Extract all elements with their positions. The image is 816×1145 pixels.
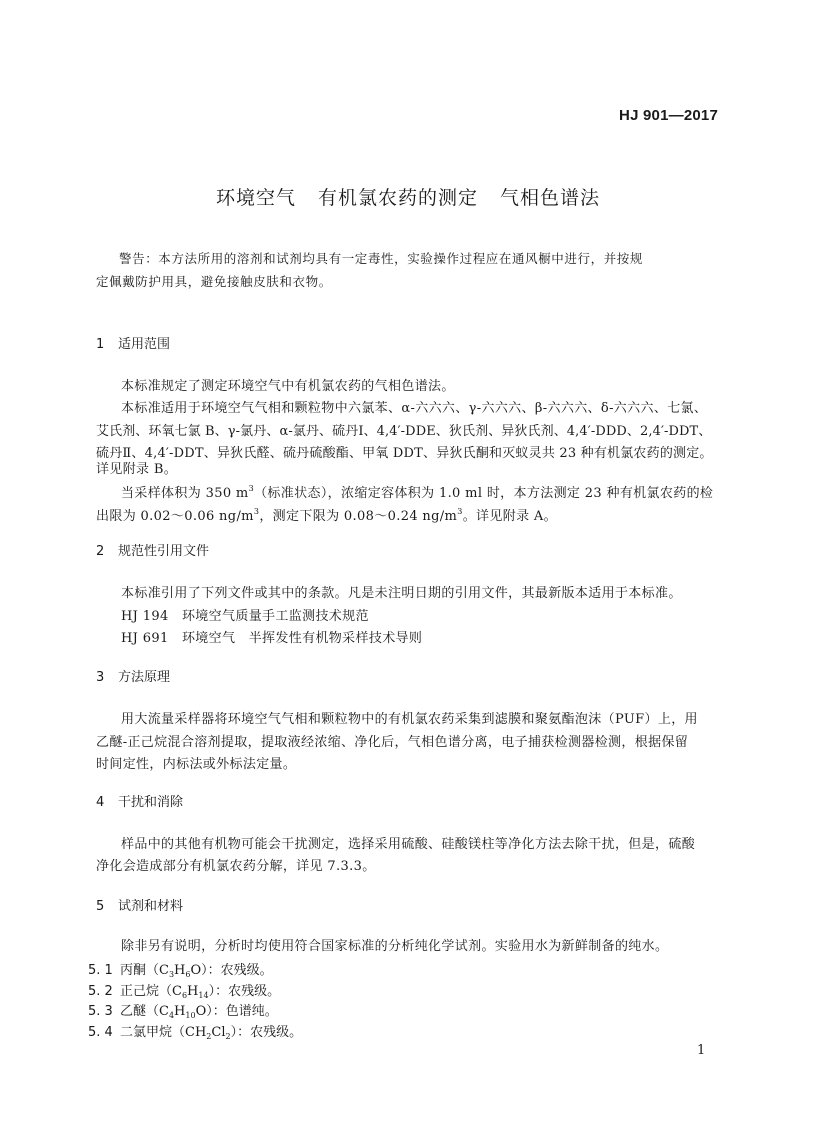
section-3-heading: 3方法原理 — [96, 666, 170, 685]
warning-line-2: 定佩戴防护用具，避免接触皮肤和衣物。 — [96, 272, 332, 290]
section-2-heading: 2规范性引用文件 — [96, 540, 209, 559]
section-4-line: 净化会造成部分有机氯农药分解，详见 7.3.3。 — [96, 855, 376, 874]
title-part-1: 环境空气 — [216, 187, 296, 209]
section-5-line: 除非另有说明，分析时均使用符合国家标准的分析纯化学试剂。实验用水为新鲜制备的纯水… — [121, 935, 668, 954]
warning-line-1: 警告：本方法所用的溶剂和试剂均具有一定毒性，实验操作过程应在通风橱中进行，并按规 — [119, 249, 643, 267]
section-1-heading: 1适用范围 — [96, 333, 170, 352]
section-2-line: 本标准引用了下列文件或其中的条款。凡是未注明日期的引用文件，其最新版本适用于本标… — [121, 582, 682, 601]
section-1-line: 硫丹Ⅱ、4,4′-DDT、异狄氏醛、硫丹硫酸酯、甲氧 DDT、异狄氏酮和灭蚁灵共… — [96, 442, 713, 461]
title-part-3: 气相色谱法 — [500, 187, 600, 209]
section-3-line: 时间定性，内标法或外标法定量。 — [96, 753, 296, 772]
reagent-item: 5. 1丙酮（C3H6O）：农残级。 — [88, 959, 273, 978]
section-1-para3-line-1: 当采样体积为 350 m3（标准状态），浓缩定容体积为 1.0 ml 时，本方法… — [121, 482, 713, 501]
reagent-item: 5. 4二氯甲烷（CH2Cl2）：农残级。 — [88, 1021, 302, 1040]
section-5-title: 试剂和材料 — [118, 899, 183, 914]
section-4-line: 样品中的其他有机物可能会干扰测定，选择采用硫酸、硅酸镁柱等净化方法去除干扰，但是… — [121, 833, 695, 852]
section-5-heading: 5试剂和材料 — [96, 895, 183, 914]
section-1-line: 详见附录 B。 — [96, 458, 177, 477]
section-4-title: 干扰和消除 — [118, 795, 183, 810]
section-4-heading: 4干扰和消除 — [96, 791, 183, 810]
reagent-item: 5. 3乙醚（C4H10O）：色谱纯。 — [88, 1000, 278, 1019]
section-1-line: 本标准规定了测定环境空气中有机氯农药的气相色谱法。 — [121, 375, 455, 394]
section-1-title: 适用范围 — [118, 337, 170, 352]
page-title: 环境空气有机氯农药的测定气相色谱法 — [0, 183, 816, 210]
section-2-title: 规范性引用文件 — [118, 544, 209, 559]
section-3-title: 方法原理 — [118, 670, 170, 685]
section-3-line: 乙醚-正己烷混合溶剂提取，提取液经浓缩、净化后，气相色谱分离，电子捕获检测器检测… — [96, 731, 688, 750]
page-number: 1 — [697, 1043, 705, 1058]
title-part-2: 有机氯农药的测定 — [318, 187, 478, 209]
section-1-line: 艾氏剂、环氧七氯 B、γ-氯丹、α-氯丹、硫丹Ⅰ、4,4′-DDE、狄氏剂、异狄… — [96, 420, 711, 439]
document-id: HJ 901—2017 — [619, 107, 718, 124]
reagent-item: 5. 2正己烷（C6H14）：农残级。 — [88, 980, 280, 999]
reference-hj194: HJ 194 环境空气质量手工监测技术规范 — [121, 605, 369, 624]
section-1-para3-line-2: 出限为 0.02～0.06 ng/m3，测定下限为 0.08～0.24 ng/m… — [96, 505, 557, 524]
section-1-line: 本标准适用于环境空气气相和颗粒物中六氯苯、α-六六六、γ-六六六、β-六六六、δ… — [121, 397, 707, 416]
reference-hj691: HJ 691 环境空气 半挥发性有机物采样技术导则 — [121, 627, 422, 646]
section-3-line: 用大流量采样器将环境空气气相和颗粒物中的有机氯农药采集到滤膜和聚氨酯泡沫（PUF… — [121, 708, 698, 727]
